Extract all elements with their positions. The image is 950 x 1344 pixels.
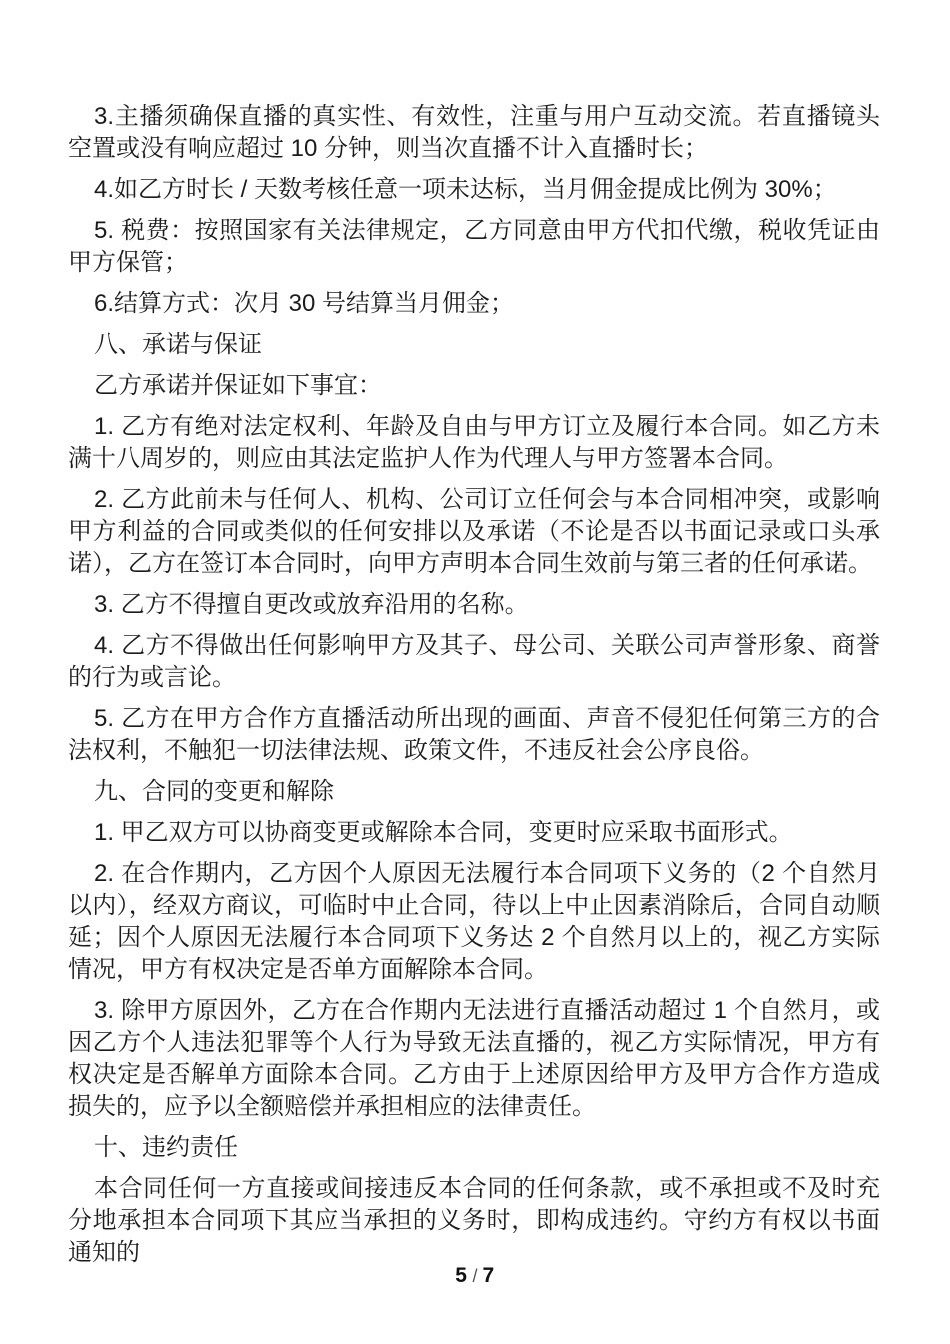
page-number-total: 7 [483,1264,495,1287]
contract-paragraph: 3.主播须确保直播的真实性、有效性，注重与用户互动交流。若直播镜头空置或没有响应… [68,101,880,165]
contract-paragraph: 乙方承诺并保证如下事宜： [68,370,880,402]
contract-paragraph: 4. 乙方不得做出任何影响甲方及其子、母公司、关联公司声誉形象、商誉的行为或言论… [68,630,880,694]
document-page: 3.主播须确保直播的真实性、有效性，注重与用户互动交流。若直播镜头空置或没有响应… [0,0,950,1344]
contract-paragraph: 2. 在合作期内，乙方因个人原因无法履行本合同项下义务的（2 个自然月以内），经… [68,858,880,986]
contract-paragraph: 5. 乙方在甲方合作方直播活动所出现的画面、声音不侵犯任何第三方的合法权利，不触… [68,703,880,767]
contract-paragraph: 3. 除甲方原因外，乙方在合作期内无法进行直播活动超过 1 个自然月，或因乙方个… [68,995,880,1123]
contract-paragraph: 本合同任何一方直接或间接违反本合同的任何条款，或不承担或不及时充分地承担本合同项… [68,1173,880,1269]
page-number-current: 5 [455,1264,467,1287]
contract-paragraph: 3. 乙方不得擅自更改或放弃沿用的名称。 [68,589,880,621]
contract-paragraph: 4.如乙方时长 / 天数考核任意一项未达标，当月佣金提成比例为 30%； [68,174,880,206]
section-heading: 十、违约责任 [68,1132,880,1164]
contract-paragraph: 1. 乙方有绝对法定权利、年龄及自由与甲方订立及履行本合同。如乙方未满十八周岁的… [68,411,880,475]
section-heading: 九、合同的变更和解除 [68,776,880,808]
contract-paragraph: 1. 甲乙双方可以协商变更或解除本合同，变更时应采取书面形式。 [68,817,880,849]
contract-paragraph: 5. 税费：按照国家有关法律规定，乙方同意由甲方代扣代缴，税收凭证由甲方保管； [68,215,880,279]
document-body: 3.主播须确保直播的真实性、有效性，注重与用户互动交流。若直播镜头空置或没有响应… [68,101,880,1278]
contract-paragraph: 6.结算方式：次月 30 号结算当月佣金； [68,288,880,320]
contract-paragraph: 2. 乙方此前未与任何人、机构、公司订立任何会与本合同相冲突，或影响甲方利益的合… [68,484,880,580]
page-footer: 5/7 [0,1264,950,1288]
page-number-separator: / [467,1266,482,1286]
section-heading: 八、承诺与保证 [68,329,880,361]
